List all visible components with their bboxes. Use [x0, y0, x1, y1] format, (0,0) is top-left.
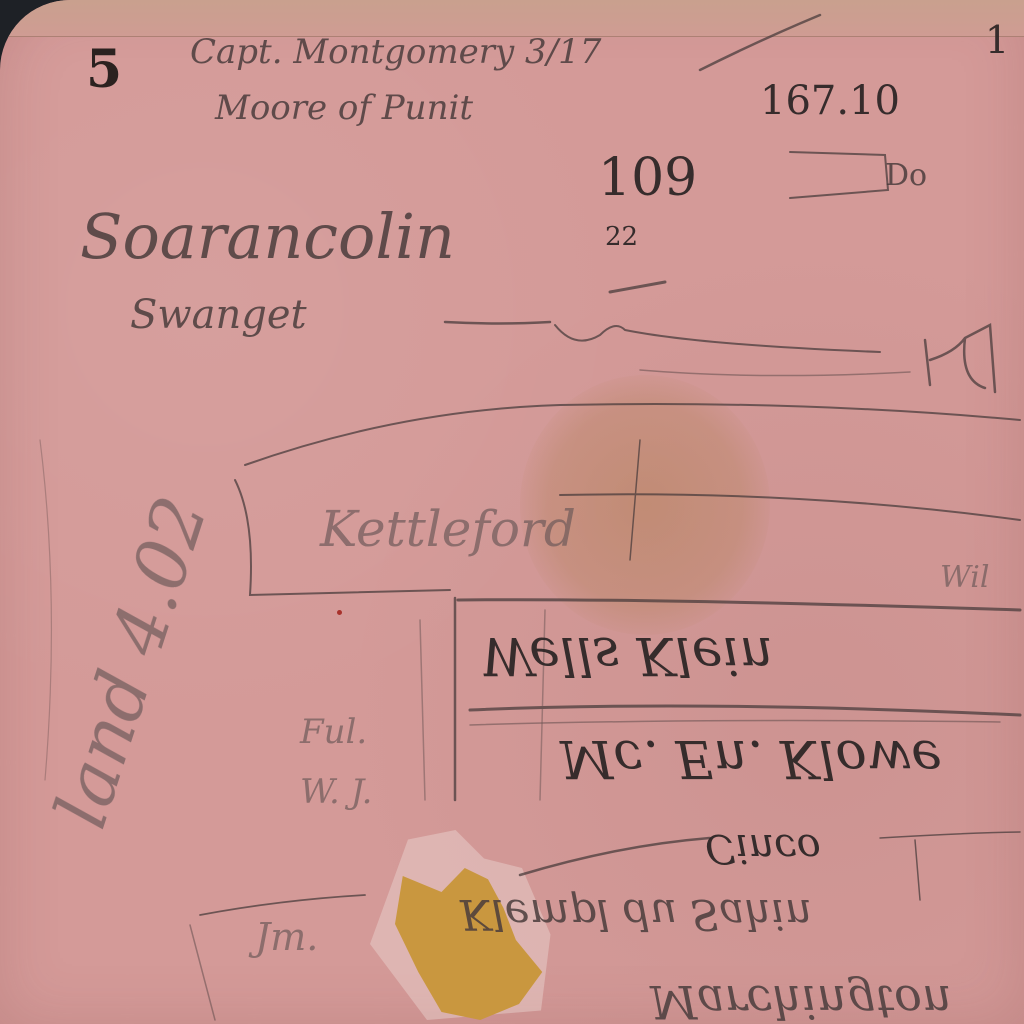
mirrored-text: Marchington	[650, 975, 952, 1024]
mirrored-text: Mc. En. Klowe	[560, 728, 942, 788]
handwritten-mirrored: Cinco	[705, 825, 821, 871]
handwritten-number: 22	[605, 222, 638, 252]
handwritten-mirrored: Marchington	[650, 975, 952, 1024]
handwritten-line: Capt. Montgomery 3/17	[190, 32, 601, 72]
mirrored-text: Klempl du Sahin	[460, 890, 812, 939]
handwritten-label: Do	[885, 158, 927, 193]
handwritten-mirrored: Wells Klein	[480, 625, 773, 685]
handwritten-mirrored: Klempl du Sahin	[460, 890, 812, 939]
handwritten-word: Soarancolin	[80, 200, 455, 273]
handwritten-line: W. J.	[300, 772, 372, 812]
handwritten-number: 1	[985, 18, 1009, 62]
notebook-page: 5 Capt. Montgomery 3/17 Moore of Punit 1…	[0, 0, 1024, 1024]
handwritten-mirrored: Mc. En. Klowe	[560, 728, 942, 788]
mirrored-text: Wells Klein	[480, 625, 773, 685]
handwritten-number: 167.10	[760, 78, 900, 124]
mirrored-text: Cinco	[705, 825, 821, 871]
handwritten-line: Moore of Punit	[215, 88, 473, 128]
red-mark	[337, 610, 342, 615]
handwritten-line: Jm.	[255, 915, 318, 959]
handwritten-line: Ful.	[300, 712, 367, 752]
handwritten-line: Wil	[940, 560, 990, 595]
handwritten-number: 109	[598, 148, 697, 208]
page-number: 5	[86, 44, 122, 96]
handwritten-vertical: land 4.02	[38, 487, 223, 838]
handwritten-word: Swanget	[130, 292, 307, 338]
handwritten-scrawl: Kettleford	[320, 500, 576, 558]
